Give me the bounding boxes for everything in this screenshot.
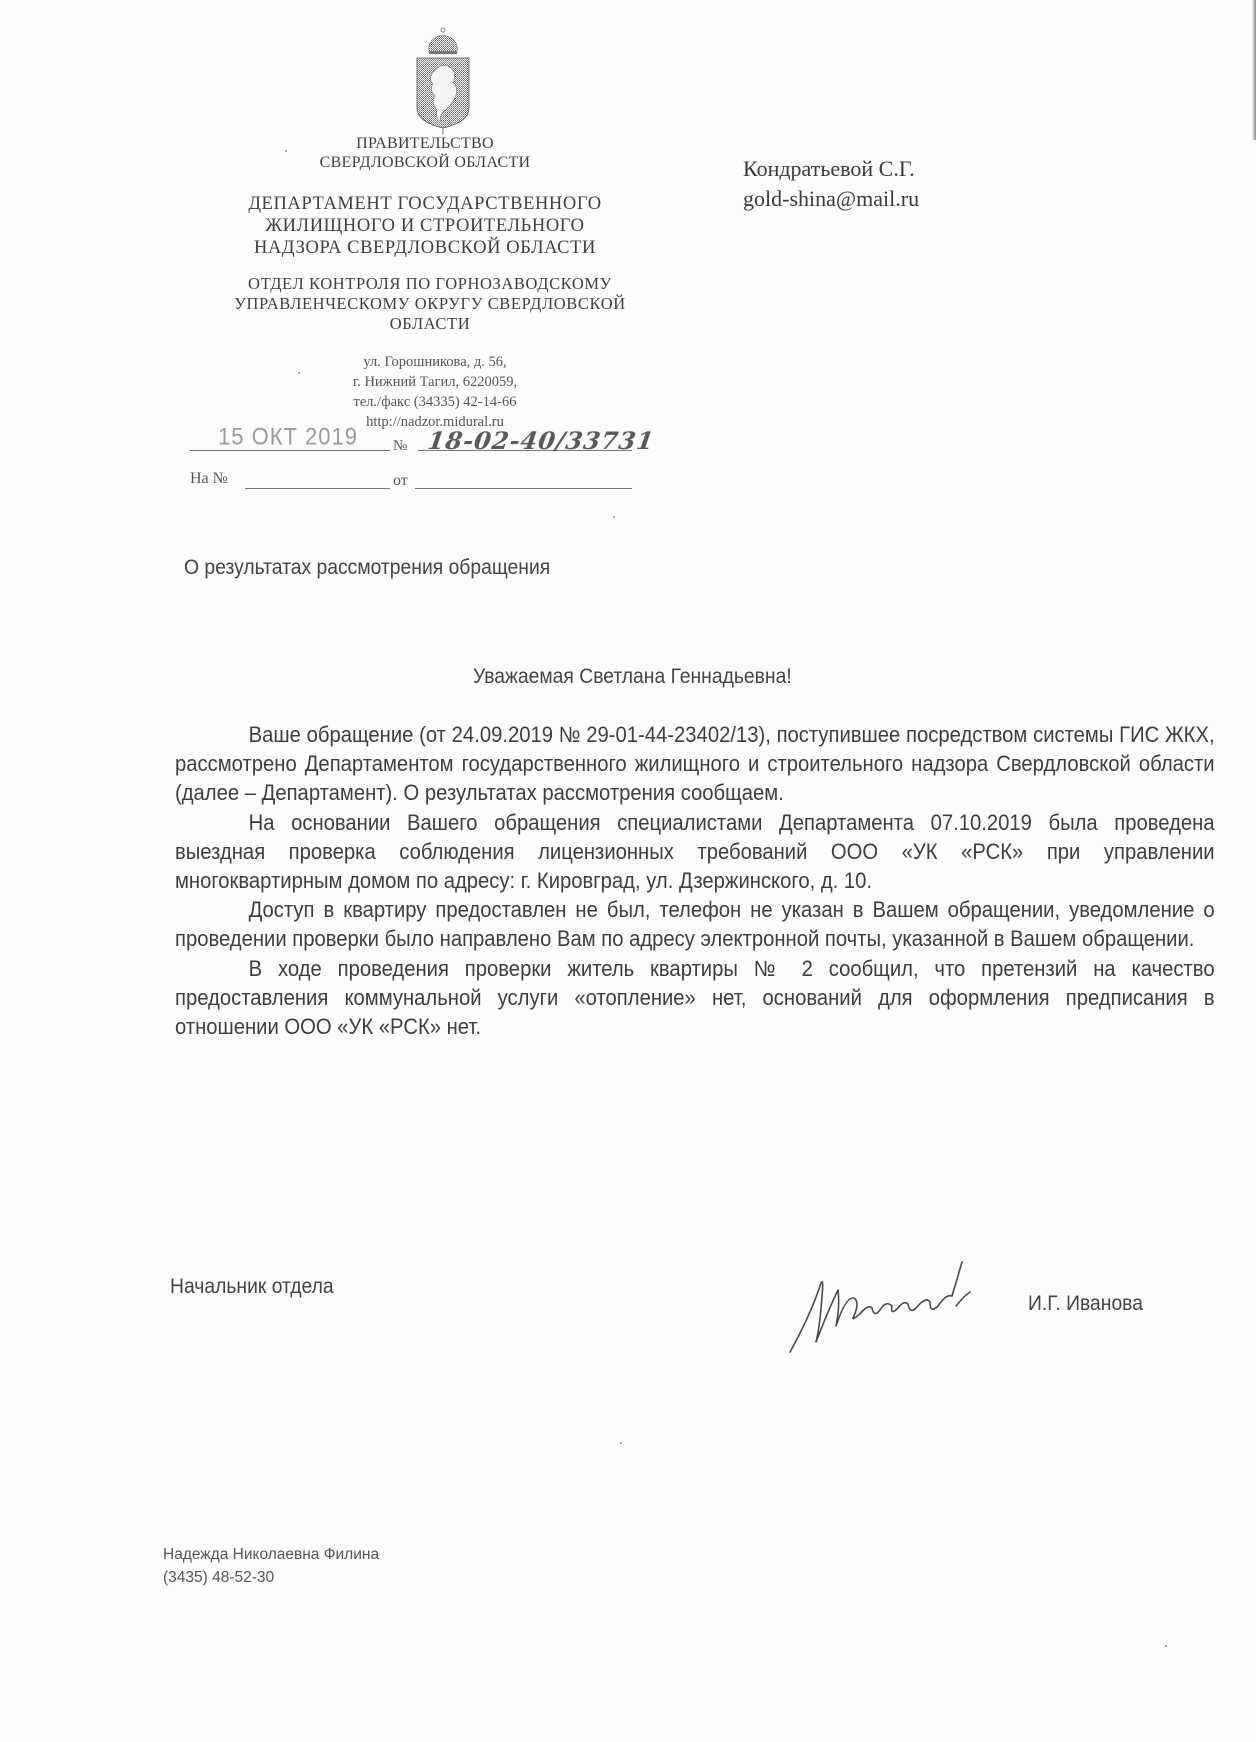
letterhead-office: ОТДЕЛ КОНТРОЛЯ ПО ГОРНОЗАВОДСКОМУ УПРАВЛ…	[195, 274, 665, 334]
ref-number-underline	[245, 488, 390, 489]
coat-of-arms-icon	[413, 26, 473, 136]
phone-fax: тел./факс (34335) 42-14-66	[300, 392, 570, 412]
executor-name: Надежда Николаевна Филина	[163, 1543, 379, 1566]
scan-edge-shadow	[1252, 0, 1256, 140]
recipient-email: gold-shina@mail.ru	[743, 184, 919, 214]
address-city: г. Нижний Тагил, 6220059,	[300, 372, 570, 392]
date-stamp: 15 ОКТ 2019	[218, 423, 358, 452]
address-street: ул. Горошникова, д. 56,	[300, 352, 570, 372]
scanned-letter-page: ПРАВИТЕЛЬСТВО СВЕРДЛОВСКОЙ ОБЛАСТИ ДЕПАР…	[0, 0, 1256, 1742]
body-paragraph: На основании Вашего обращения специалист…	[175, 808, 1215, 896]
letterhead-contacts: ул. Горошникова, д. 56, г. Нижний Тагил,…	[300, 352, 570, 432]
executor-block: Надежда Николаевна Филина (3435) 48-52-3…	[163, 1543, 379, 1589]
handwritten-signature-icon	[780, 1256, 1000, 1356]
letterhead-line: НАДЗОРА СВЕРДЛОВСКОЙ ОБЛАСТИ	[190, 237, 660, 259]
signatory-position: Начальник отдела	[170, 1275, 334, 1299]
number-label: №	[393, 438, 407, 455]
letter-subject: О результатах рассмотрения обращения	[184, 556, 550, 580]
scan-speck	[620, 1442, 622, 1444]
letterhead-line: УПРАВЛЕНЧЕСКОМУ ОКРУГУ СВЕРДЛОВСКОЙ	[195, 294, 665, 314]
recipient-block: Кондратьевой С.Г. gold-shina@mail.ru	[743, 154, 919, 214]
outgoing-number-handwritten: 18-02-40/33731	[426, 426, 656, 455]
scan-speck	[1165, 1645, 1167, 1647]
signatory-name: И.Г. Иванова	[1028, 1292, 1143, 1316]
body-paragraph: В ходе проведения проверки житель кварти…	[175, 954, 1215, 1042]
reference-number-label: На №	[190, 470, 228, 488]
recipient-name: Кондратьевой С.Г.	[743, 154, 919, 184]
letterhead-line: СВЕРДЛОВСКОЙ ОБЛАСТИ	[190, 153, 660, 172]
letterhead-line: ОТДЕЛ КОНТРОЛЯ ПО ГОРНОЗАВОДСКОМУ	[195, 274, 665, 294]
scan-speck	[298, 372, 300, 374]
letterhead-line: ПРАВИТЕЛЬСТВО	[190, 134, 660, 153]
letterhead-line: ЖИЛИЩНОГО И СТРОИТЕЛЬНОГО	[190, 215, 660, 237]
letterhead-line: ДЕПАРТАМЕНТ ГОСУДАРСТВЕННОГО	[190, 193, 660, 215]
reference-from-label: от	[393, 472, 408, 490]
letter-body: Ваше обращение (от 24.09.2019 № 29-01-44…	[175, 720, 1215, 1041]
letterhead-department: ДЕПАРТАМЕНТ ГОСУДАРСТВЕННОГО ЖИЛИЩНОГО И…	[190, 193, 660, 259]
salutation: Уважаемая Светлана Геннадьевна!	[473, 665, 792, 689]
letterhead-government: ПРАВИТЕЛЬСТВО СВЕРДЛОВСКОЙ ОБЛАСТИ	[190, 134, 660, 172]
ref-date-underline	[415, 488, 632, 489]
letterhead-line: ОБЛАСТИ	[195, 314, 665, 334]
executor-phone: (3435) 48-52-30	[163, 1566, 379, 1589]
scan-speck	[613, 516, 615, 518]
body-paragraph: Доступ в квартиру предоставлен не был, т…	[175, 895, 1215, 953]
body-paragraph: Ваше обращение (от 24.09.2019 № 29-01-44…	[175, 720, 1215, 808]
scan-speck	[285, 150, 287, 152]
